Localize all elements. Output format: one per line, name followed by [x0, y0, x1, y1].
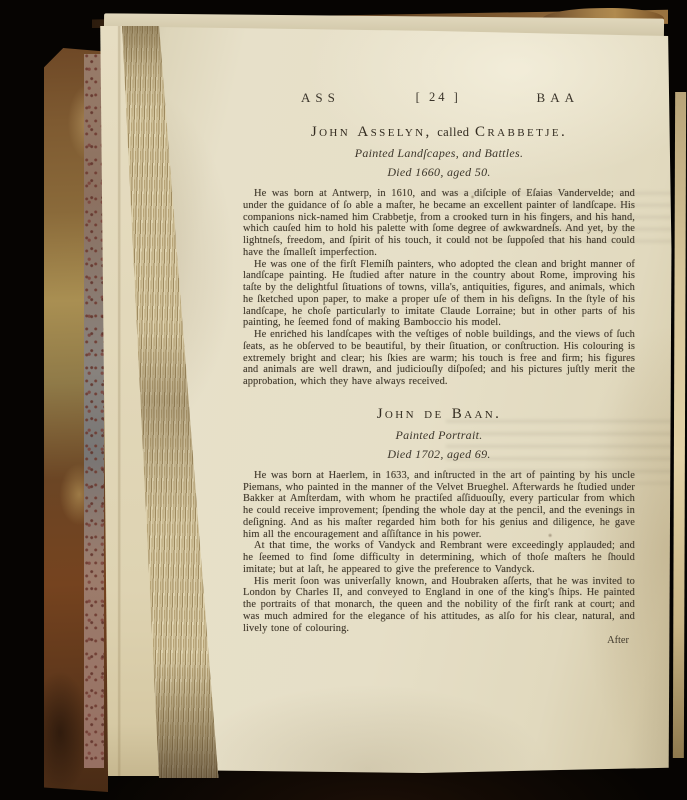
- entry-de-baan: John de Baan. Painted Portrait. Died 170…: [243, 406, 635, 647]
- running-head-left: ASS: [301, 90, 340, 106]
- painter-nickname: Crabbetje.: [475, 124, 567, 140]
- death-date-line: Died 1702, aged 69.: [243, 447, 635, 462]
- entry-heading: John Asselyn, called Crabbetje.: [243, 124, 635, 141]
- paragraph: He was one of the firſt Flemiſh painters…: [243, 259, 635, 330]
- entry-subtitle: Painted Portrait.: [243, 428, 635, 443]
- entry-heading: John de Baan.: [243, 406, 635, 423]
- right-fore-edge: [673, 92, 686, 758]
- death-date-line: Died 1660, aged 50.: [243, 165, 635, 180]
- paragraph: His merit ſoon was univerſally known, an…: [243, 576, 635, 635]
- name-connector: called: [432, 125, 475, 139]
- page-number: [ 24 ]: [416, 90, 461, 106]
- entry-subtitle: Painted Landſcapes, and Battles.: [243, 146, 635, 161]
- paragraph: He was born at Antwerp, in 1610, and was…: [243, 188, 635, 259]
- page-content: ASS [ 24 ] BAA John Asselyn, called Crab…: [243, 90, 635, 646]
- running-head-right: BAA: [537, 90, 579, 106]
- running-head: ASS [ 24 ] BAA: [243, 90, 635, 106]
- entry-asselyn: John Asselyn, called Crabbetje. Painted …: [243, 124, 635, 388]
- marbled-edge-strip: [84, 54, 104, 768]
- paragraph: He enriched his landſcapes with the veſt…: [243, 329, 635, 388]
- painter-name: John Asselyn,: [311, 124, 432, 140]
- paragraph: At that time, the works of Vandyck and R…: [243, 540, 635, 575]
- paragraph: He was born at Haerlem, in 1633, and inſ…: [243, 470, 635, 541]
- photographed-book-scene: ASS [ 24 ] BAA John Asselyn, called Crab…: [0, 0, 687, 800]
- entry-body: He was born at Haerlem, in 1633, and inſ…: [243, 470, 635, 635]
- entry-body: He was born at Antwerp, in 1610, and was…: [243, 188, 635, 388]
- catchword: After: [243, 635, 635, 646]
- painter-name: John de Baan.: [377, 406, 502, 422]
